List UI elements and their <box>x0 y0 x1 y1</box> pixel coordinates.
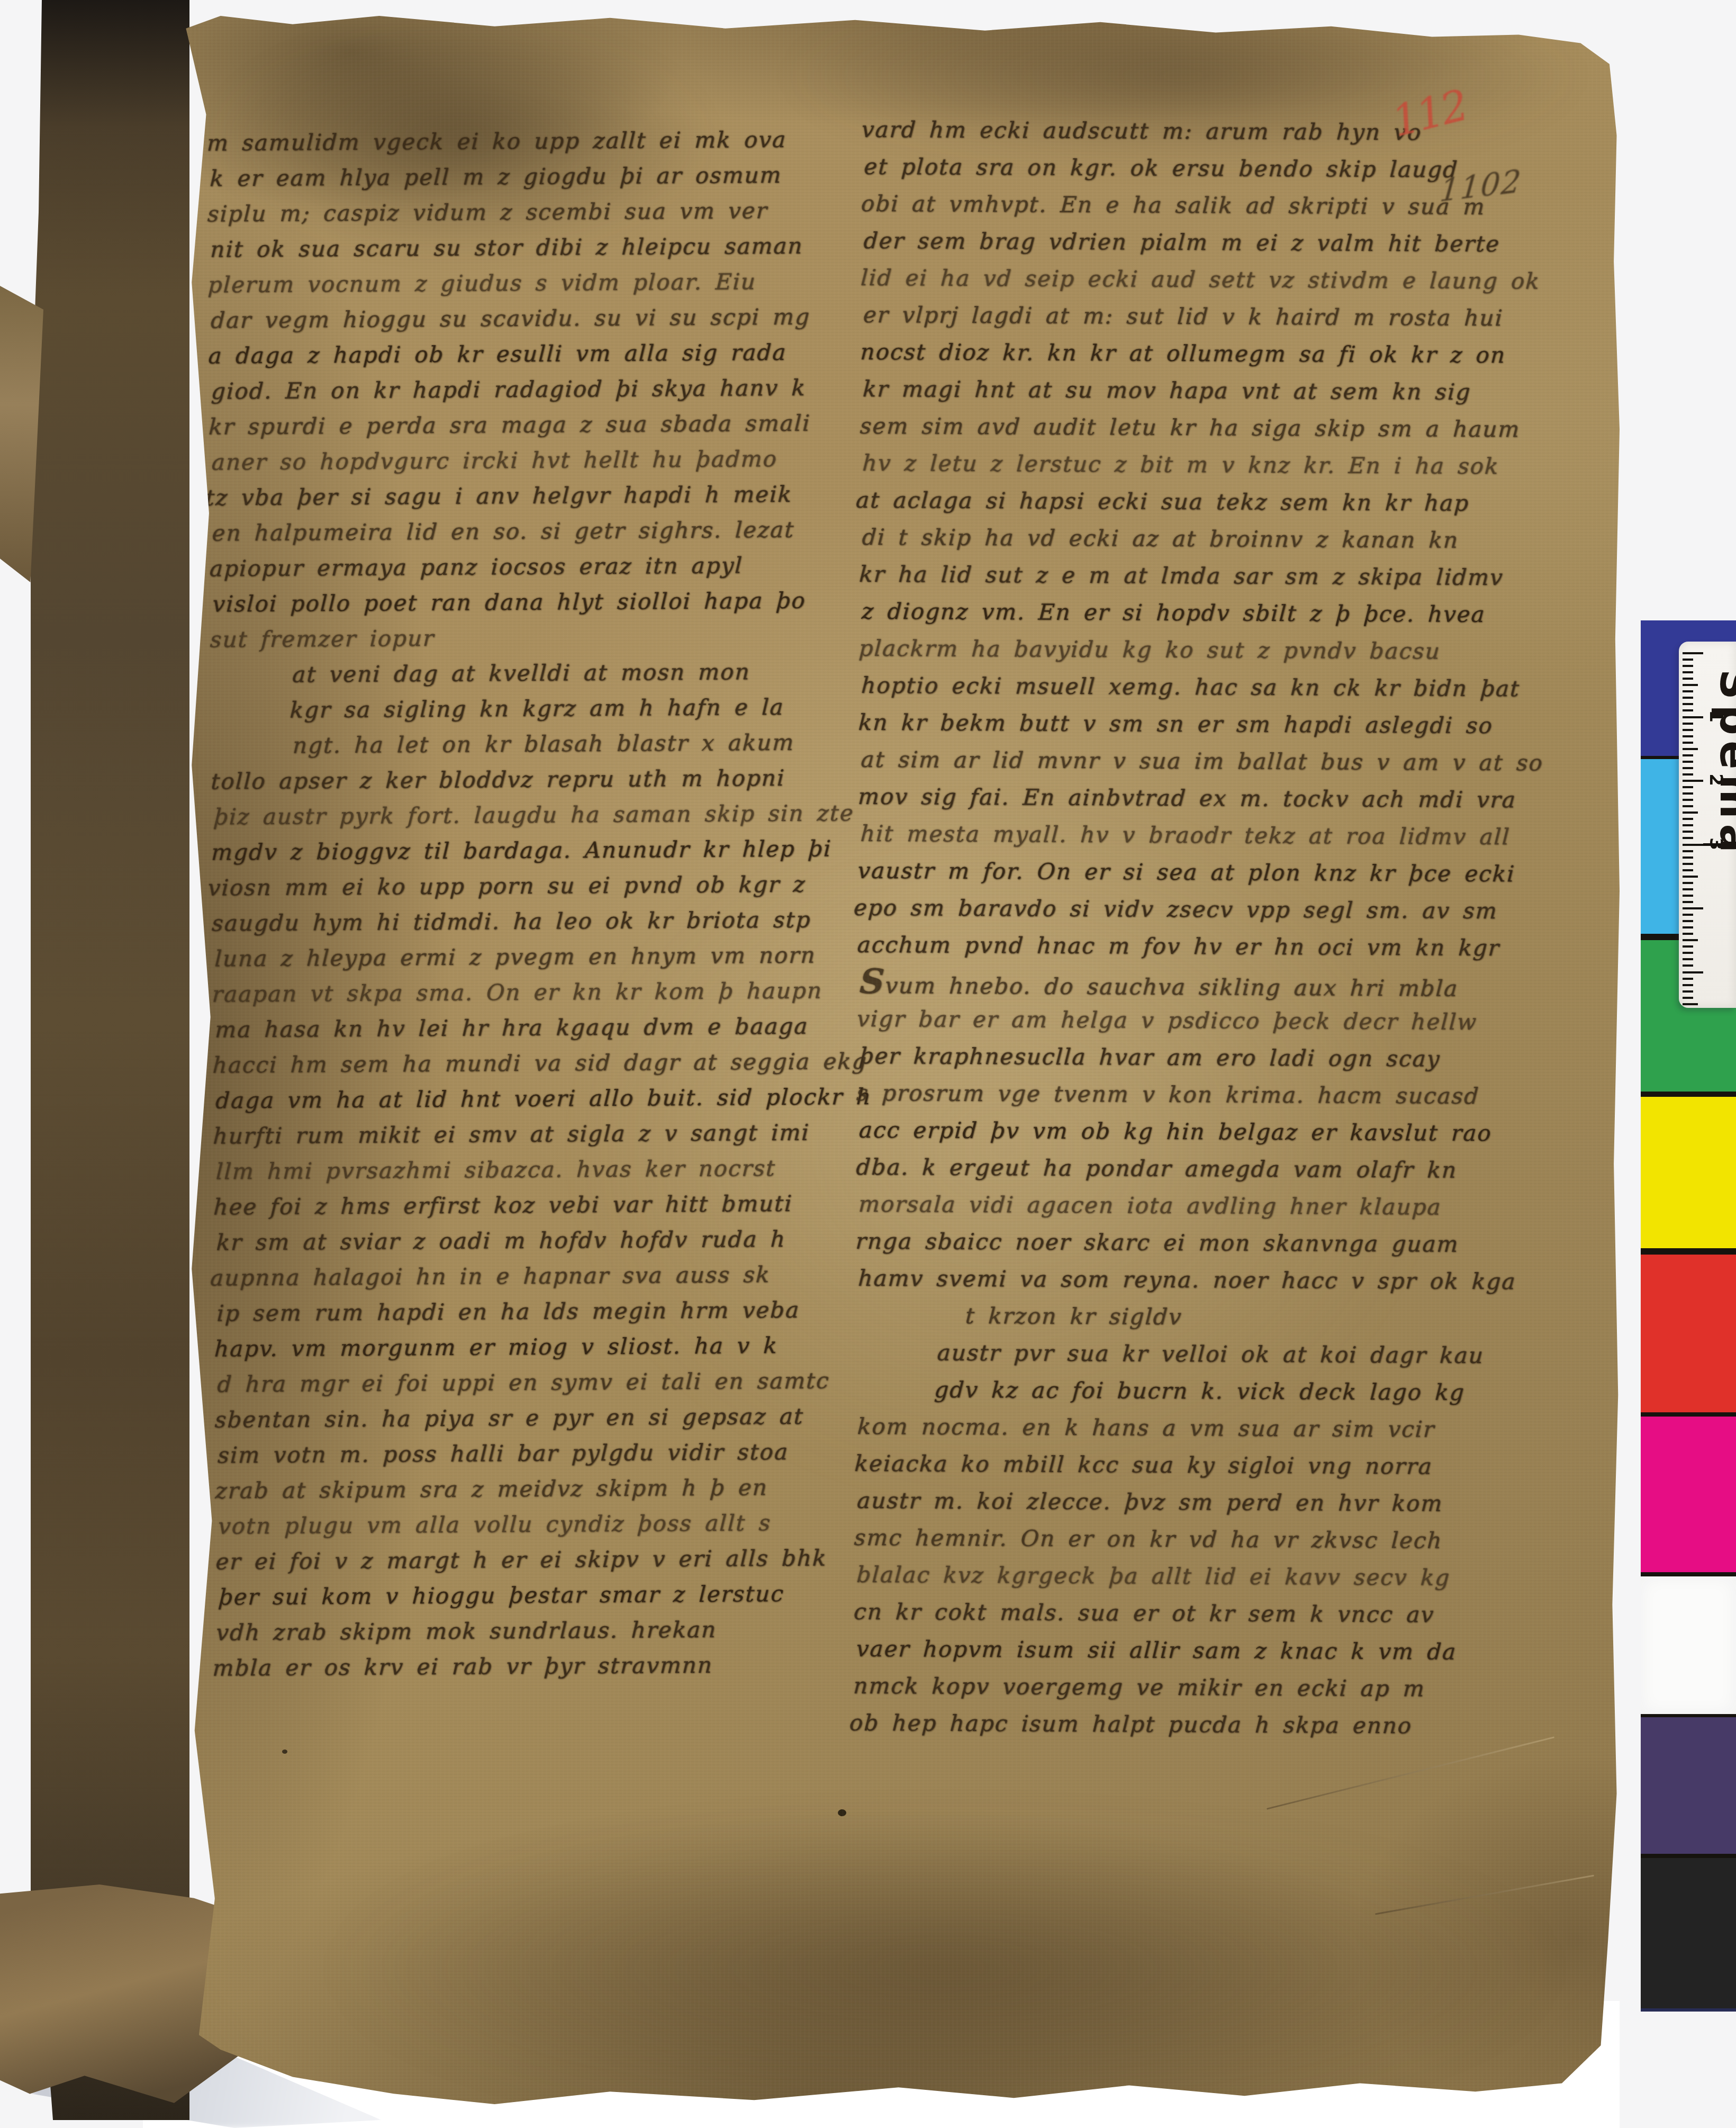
manuscript-line: der sem brag vdrien pialm m ei z valm hi… <box>863 223 1495 264</box>
manuscript-line: z diognz vm. En er si hopdv sbilt z þ þc… <box>861 594 1493 634</box>
manuscript-line: kn kr bekm butt v sm sn er sm hapdi asle… <box>857 705 1489 745</box>
manuscript-line: hee foi z hms erfirst koz vebi var hitt … <box>213 1186 842 1225</box>
ruler-tick <box>1683 684 1698 686</box>
manuscript-line: kr sm at sviar z oadi m hofdv hofdv ruda… <box>215 1222 844 1261</box>
dust-speck <box>838 1809 846 1816</box>
manuscript-line: kr magi hnt at su mov hapa vnt at sem kn… <box>862 372 1494 412</box>
manuscript-line: kgr sa sigling kn kgrz am h hafn e la <box>210 690 838 729</box>
manuscript-line: hv z letu z lerstuc z bit m v knz kr. En… <box>862 446 1494 486</box>
manuscript-line: votn plugu vm alla vollu cyndiz þoss all… <box>218 1505 846 1545</box>
ruler-tick <box>1683 716 1703 718</box>
ruler-tick <box>1683 709 1693 711</box>
manuscript-line: sim votn m. poss halli bar pylgdu vidir … <box>217 1435 846 1474</box>
ruler-tick <box>1683 837 1693 839</box>
ruler-tick <box>1683 882 1693 884</box>
color-patch-red <box>1641 1255 1736 1412</box>
manuscript-line: dar vegm hioggu su scavidu. su vi su scp… <box>210 300 839 339</box>
manuscript-line: þer sui kom v hioggu þestar smar z lerst… <box>218 1576 846 1616</box>
manuscript-line: m samulidm vgeck ei ko upp zallt ei mk o… <box>206 122 835 161</box>
ruler-tick <box>1683 984 1693 986</box>
manuscript-line: hapv. vm morgunm er miog v sliost. ha v … <box>214 1328 843 1367</box>
manuscript-line: nocst dioz kr. kn kr at ollumegm sa fi o… <box>860 335 1491 375</box>
manuscript-line: plackrm ha bavyidu kg ko sut z pvndv bac… <box>858 631 1490 671</box>
manuscript-line: sem sim avd audit letu kr ha siga skip s… <box>859 409 1491 449</box>
manuscript-line: smc hemnir. On er on kr vd ha vr zkvsc l… <box>853 1520 1485 1561</box>
manuscript-line: austr m. koi zlecce. þvz sm perd en hvr … <box>856 1483 1488 1523</box>
manuscript-line: di t skip ha vd ecki az at broinnv z kan… <box>861 520 1493 560</box>
manuscript-line: hoptio ecki msuell xemg. hac sa kn ck kr… <box>860 668 1492 708</box>
ruler-tick <box>1683 876 1698 878</box>
manuscript-line: ob hep hapc isum halpt pucda h skpa enno <box>848 1706 1480 1746</box>
manuscript-line: aupnna halagoi hn in e hapnar sva auss s… <box>210 1257 838 1296</box>
ruler-tick <box>1683 678 1693 680</box>
manuscript-line: blalac kvz kgrgeck þa allt lid ei kavv s… <box>856 1557 1488 1598</box>
manuscript-line: raapan vt skpa sma. On er kn kr kom þ ha… <box>211 973 840 1013</box>
ruler-tick <box>1683 799 1693 801</box>
ruler-tick <box>1683 723 1693 725</box>
ruler-tick <box>1683 786 1693 788</box>
manuscript-line: vdh zrab skipm mok sundrlaus. hrekan <box>215 1612 844 1651</box>
ruler-tick <box>1683 888 1693 890</box>
manuscript-line: daga vm ha at lid hnt voeri allo buit. s… <box>215 1080 844 1119</box>
parchment-crease <box>1375 1875 1594 1915</box>
manuscript-line: vigr bar er am helga v psdicco þeck decr… <box>856 1002 1488 1042</box>
ruler-logo: Spema <box>1711 669 1736 987</box>
parchment-stain <box>336 1820 1553 2116</box>
ruler-tick <box>1683 748 1698 750</box>
manuscript-line: d hra mgr ei foi uppi en symv ei tali en… <box>216 1364 845 1403</box>
ruler-tick <box>1683 792 1693 795</box>
manuscript-line: acc erpid þv vm ob kg hin belgaz er kavs… <box>858 1113 1490 1153</box>
manuscript-line: ip sem rum hapdi en ha lds megin hrm veb… <box>216 1293 845 1332</box>
ruler-tick <box>1683 665 1693 667</box>
manuscript-line: plerum vocnum z giudus s vidm ploar. Eiu <box>207 264 836 303</box>
ruler-tick <box>1683 761 1693 763</box>
manuscript-line: saugdu hym hi tidmdi. ha leo ok kr briot… <box>211 903 840 942</box>
parchment-crease <box>1267 1736 1554 1809</box>
manuscript-line: zrab at skipum sra z meidvz skipm h þ en <box>214 1470 843 1509</box>
ruler-tick <box>1683 907 1703 909</box>
manuscript-line: nmck kopv voergemg ve mikir en ecki ap m <box>852 1669 1484 1709</box>
manuscript-line: a daga z hapdi ob kr esulli vm alla sig … <box>207 335 836 374</box>
manuscript-line: hamv svemi va som reyna. noer hacc v spr… <box>857 1261 1489 1301</box>
manuscript-line: Svum hnebo. do sauchva sikling aux hri m… <box>858 964 1490 1005</box>
manuscript-line: k er eam hlya pell m z giogdu þi ar osmu… <box>209 158 838 197</box>
ruler-tick <box>1683 856 1693 859</box>
ruler: 123 Spema <box>1679 642 1736 1008</box>
manuscript-line: t krzon kr sigldv <box>851 1298 1482 1338</box>
manuscript-line: morsala vidi agacen iota avdling hner kl… <box>857 1187 1489 1227</box>
ruler-tick <box>1683 964 1693 967</box>
manuscript-line: hacci hm sem ha mundi va sid dagr at seg… <box>212 1044 840 1084</box>
ruler-tick <box>1683 939 1698 941</box>
text-column-right: vard hm ecki audscutt m: arum rab hyn vo… <box>853 112 1491 1746</box>
ruler-tick <box>1683 869 1693 871</box>
manuscript-line: et plota sra on kgr. ok ersu bendo skip … <box>863 149 1495 190</box>
manuscript-line: sut fremzer iopur <box>209 619 838 658</box>
ruler-tick <box>1683 945 1693 948</box>
ruler-tick <box>1683 978 1693 980</box>
ruler-tick <box>1683 831 1693 833</box>
ruler-tick <box>1683 824 1693 826</box>
ruler-tick <box>1683 811 1698 814</box>
manuscript-line: rnga sbaicc noer skarc ei mon skanvnga g… <box>855 1224 1487 1264</box>
ruler-tick <box>1683 914 1693 916</box>
ruler-tick <box>1683 805 1693 807</box>
manuscript-line: keiacka ko mbill kcc sua ky sigloi vng n… <box>854 1446 1486 1486</box>
manuscript-line: siplu m; caspiz vidum z scembi sua vm ve… <box>206 193 835 232</box>
ruler-tick <box>1683 971 1703 973</box>
ruler-tick <box>1683 690 1693 692</box>
manuscript-line: austr pvr sua kr velloi ok at koi dagr k… <box>857 1335 1489 1375</box>
manuscript-line: at aclaga si hapsi ecki sua tekz sem kn … <box>855 483 1487 523</box>
manuscript-line: ma hasa kn hv lei hr hra kgaqu dvm e baa… <box>214 1009 843 1048</box>
ruler-tick <box>1683 990 1693 993</box>
ruler-tick <box>1683 729 1693 731</box>
ruler-tick <box>1683 920 1693 922</box>
manuscript-line: luna z hleypa ermi z pvegm en hnym vm no… <box>214 938 843 977</box>
ruler-tick <box>1683 933 1693 935</box>
manuscript-line: nit ok sua scaru su stor dibi z hleipcu … <box>210 229 838 268</box>
manuscript-line: acchum pvnd hnac m fov hv er hn oci vm k… <box>856 927 1488 968</box>
manuscript-line: tollo apser z ker bloddvz repru uth m ho… <box>210 761 839 800</box>
text-column-left: m samulidm vgeck ei ko upp zallt ei mk o… <box>207 122 844 1687</box>
book-spine-gutter <box>31 0 189 2120</box>
manuscript-line: mov sig fai. En ainbvtrad ex m. tockv ac… <box>857 779 1489 819</box>
ruler-tick <box>1683 735 1693 737</box>
manuscript-line: epo sm baravdo si vidv zsecv vpp segl sm… <box>853 890 1485 931</box>
ruler-tick <box>1683 671 1693 673</box>
manuscript-line: ngt. ha let on kr blasah blastr x akum <box>213 725 842 764</box>
manuscript-line: obi at vmhvpt. En e ha salik ad skripti … <box>860 186 1492 227</box>
ruler-tick <box>1683 850 1693 852</box>
dust-speck <box>282 1750 287 1754</box>
manuscript-line: lid ei ha vd seip ecki aud sett vz stivd… <box>860 260 1491 301</box>
ruler-tick <box>1683 901 1693 903</box>
manuscript-line: þer kraphnesuclla hvar am ero ladi ogn s… <box>858 1039 1490 1079</box>
ruler-tick <box>1683 780 1703 782</box>
ruler-tick <box>1683 652 1703 654</box>
color-patch-yellow <box>1641 1097 1736 1248</box>
ruler-tick <box>1683 958 1693 960</box>
ruler-tick <box>1683 754 1693 756</box>
manuscript-line: llm hmi pvrsazhmi sibazca. hvas ker nocr… <box>215 1151 844 1190</box>
ruler-tick <box>1683 926 1693 928</box>
ruler-tick <box>1683 863 1693 865</box>
manuscript-line: vaer hopvm isum sii allir sam z knac k v… <box>855 1631 1487 1672</box>
manuscript-line: gdv kz ac foi bucrn k. vick deck lago kg <box>854 1372 1486 1412</box>
manuscript-line: þiz austr pyrk fort. laugdu ha saman ski… <box>213 796 842 835</box>
ruler-tick <box>1683 818 1693 820</box>
manuscript-line: mbla er os krv ei rab vr þyr stravmnn <box>212 1647 840 1687</box>
ruler-tick <box>1683 895 1693 897</box>
manuscript-line: visloi pollo poet ran dana hlyt siolloi … <box>212 583 840 623</box>
manuscript-line: giod. En on kr hapdi radagiod þi skya ha… <box>211 371 839 410</box>
ruler-tick <box>1683 952 1693 954</box>
manuscript-line: cn kr cokt mals. sua er ot kr sem k vncc… <box>853 1594 1485 1635</box>
manuscript-line: s prosrum vge tvenm v kon krima. hacm su… <box>855 1076 1487 1116</box>
ruler-tick <box>1683 703 1693 705</box>
manuscript-page: m samulidm vgeck ei ko upp zallt ei mk o… <box>177 10 1620 2108</box>
manuscript-line: kom nocma. en k hans a vm sua ar sim vci… <box>856 1409 1488 1449</box>
manuscript-line: viosn mm ei ko upp porn su ei pvnd ob kg… <box>207 867 836 906</box>
color-patch-magenta <box>1641 1417 1736 1572</box>
ruler-tick <box>1683 697 1693 699</box>
manuscript-line: tz vba þer si sagu i anv helgvr hapdi h … <box>205 477 834 516</box>
ruler-tick <box>1683 773 1693 776</box>
manuscript-line: hurfti rum mikit ei smv at sigla z v san… <box>212 1115 841 1155</box>
manuscript-line: aner so hopdvgurc ircki hvt hellt hu þad… <box>211 441 839 481</box>
manuscript-line: kr ha lid sut z e m at lmda sar sm z ski… <box>858 557 1490 597</box>
manuscript-line: kr spurdi e perda sra maga z sua sbada s… <box>208 406 837 445</box>
ruler-tick <box>1683 1003 1698 1005</box>
manuscript-line: vaustr m for. On er si sea at plon knz k… <box>857 853 1489 894</box>
color-patch-white <box>1641 1576 1736 1714</box>
manuscript-line: er ei foi v z margt h er ei skipv v eri … <box>215 1541 844 1580</box>
color-patch-black <box>1641 1858 1736 2012</box>
manuscript-line: hit mesta myall. hv v braodr tekz at roa… <box>860 816 1491 856</box>
manuscript-line: er vlprj lagdi at m: sut lid v k haird m… <box>862 297 1494 338</box>
manuscript-line: mgdv z bioggvz til bardaga. Anunudr kr h… <box>211 832 839 871</box>
manuscript-line: dba. k ergeut ha pondar amegda vam olafr… <box>855 1150 1487 1190</box>
ruler-tick <box>1683 997 1693 999</box>
ruler-tick <box>1683 742 1693 744</box>
manuscript-line: at sim ar lid mvnr v sua im ballat bus v… <box>860 742 1492 782</box>
ruler-tick <box>1683 767 1693 769</box>
manuscript-line: at veni dag at kvelldi at mosn mon <box>212 654 841 693</box>
manuscript-line: apiopur ermaya panz iocsos eraz itn apyl <box>209 548 838 587</box>
manuscript-line: en halpumeira lid en so. si getr sighrs.… <box>211 512 840 552</box>
ruler-tick <box>1683 844 1703 846</box>
manuscript-line: sbentan sin. ha piya sr e pyr en si geps… <box>214 1399 843 1438</box>
ruler-tick <box>1683 659 1693 661</box>
color-patch-dark-violet <box>1641 1717 1736 1854</box>
